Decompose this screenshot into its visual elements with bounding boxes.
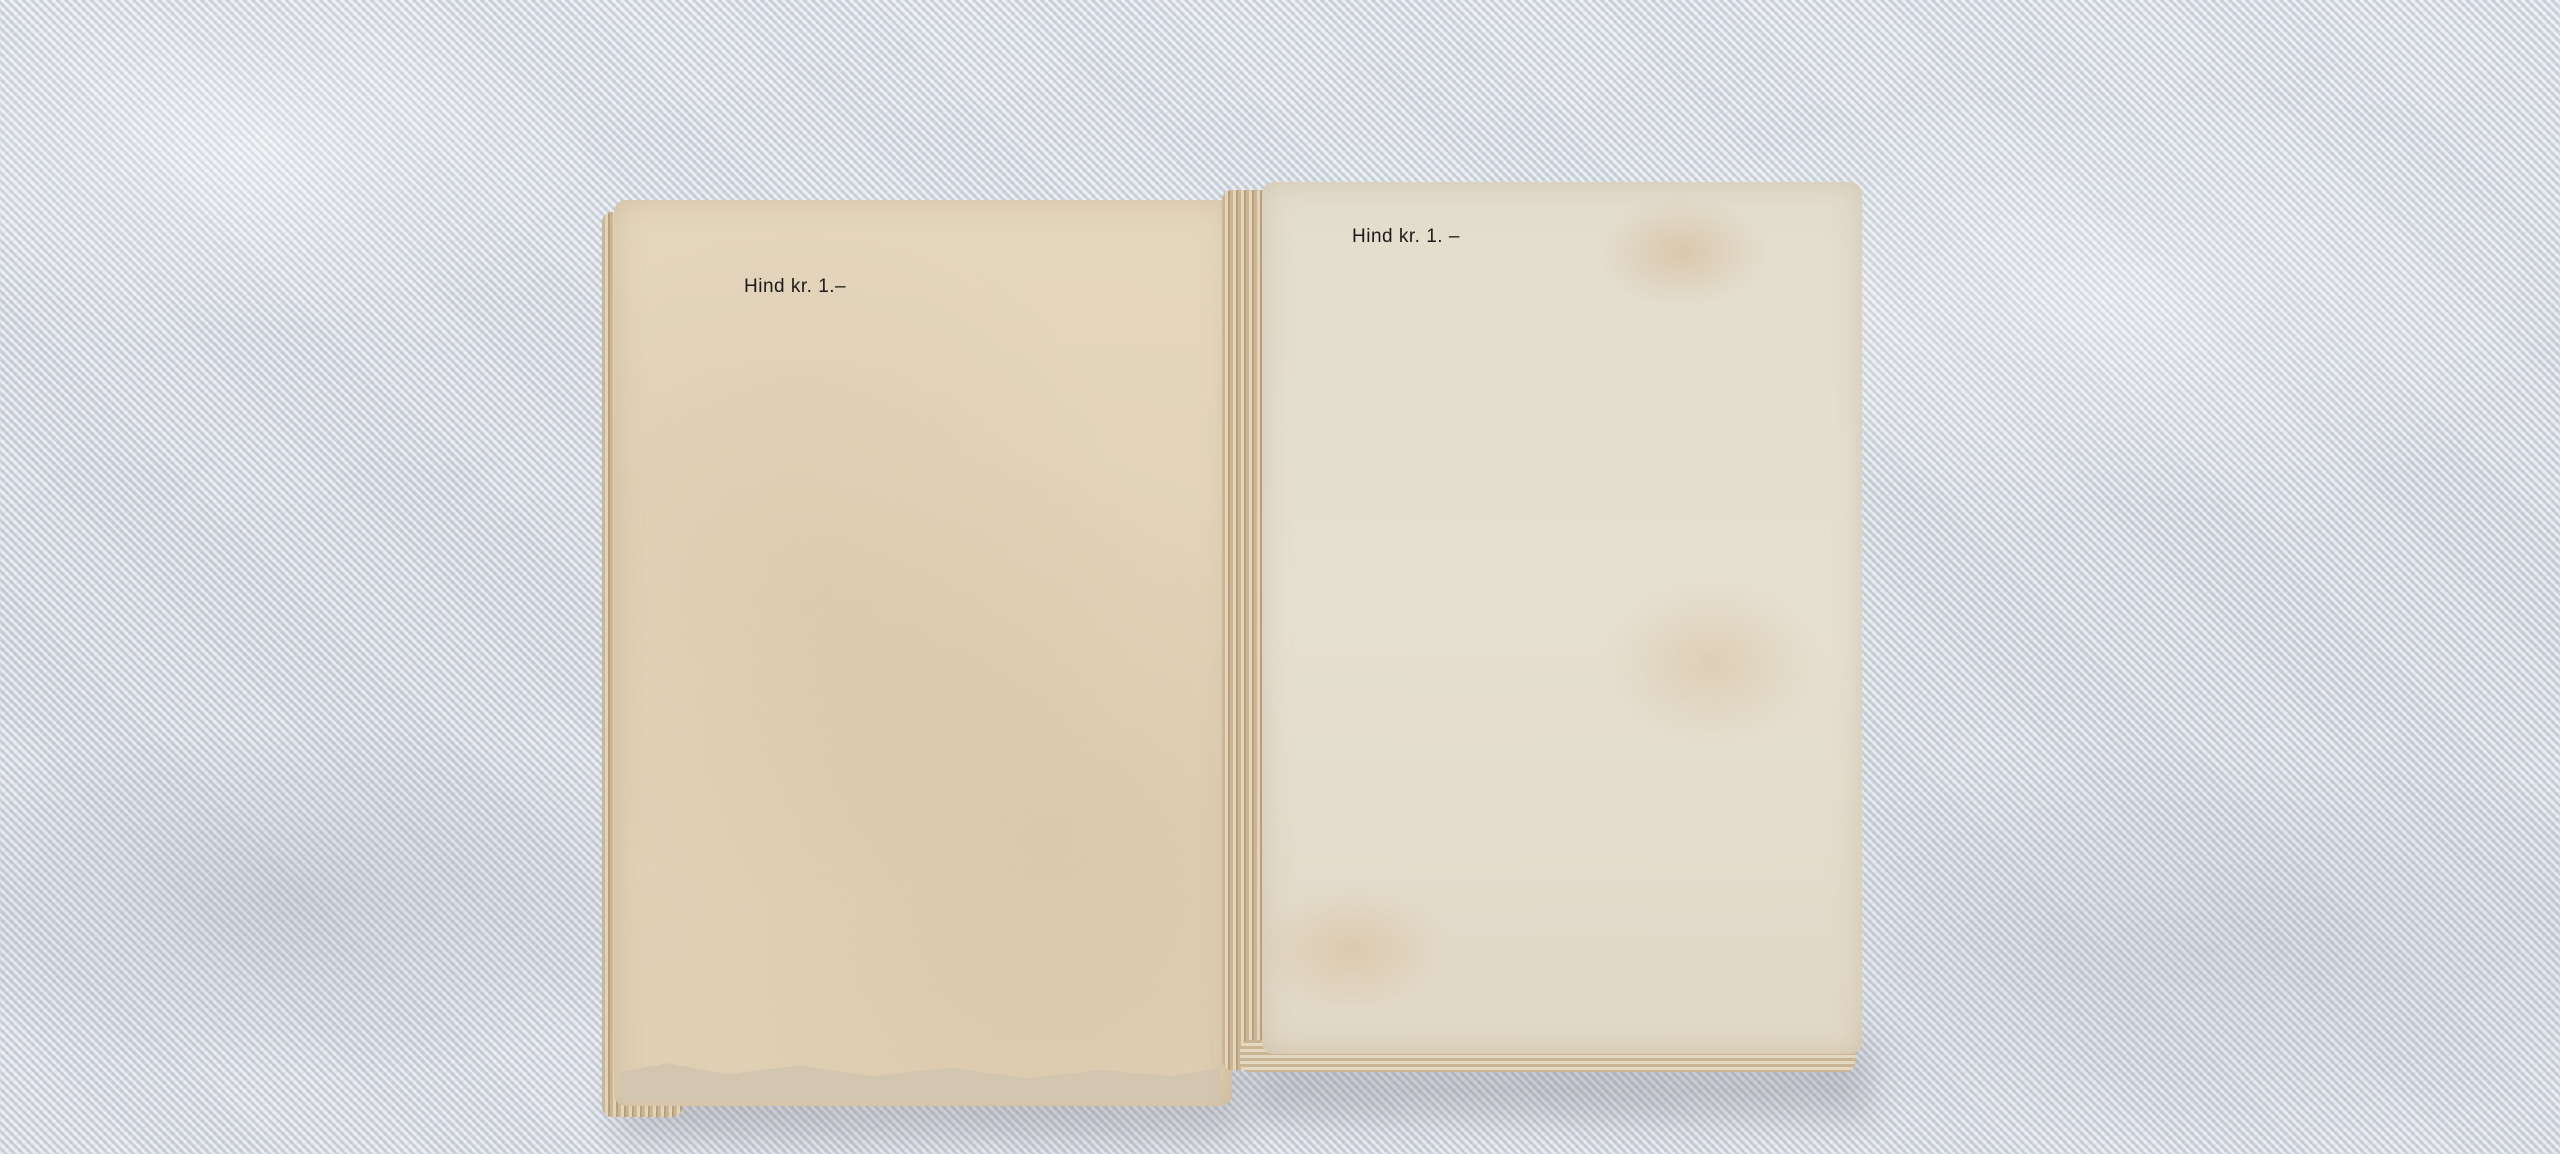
book-left-torn-edge bbox=[620, 1059, 1220, 1102]
book-left-price-label: Hind kr. 1.– bbox=[744, 276, 846, 298]
book-right-back-cover: Hind kr. 1. – bbox=[1262, 182, 1862, 1054]
book-left-back-cover: Hind kr. 1.– bbox=[614, 200, 1232, 1106]
book-right-price-label: Hind kr. 1. – bbox=[1352, 226, 1460, 248]
